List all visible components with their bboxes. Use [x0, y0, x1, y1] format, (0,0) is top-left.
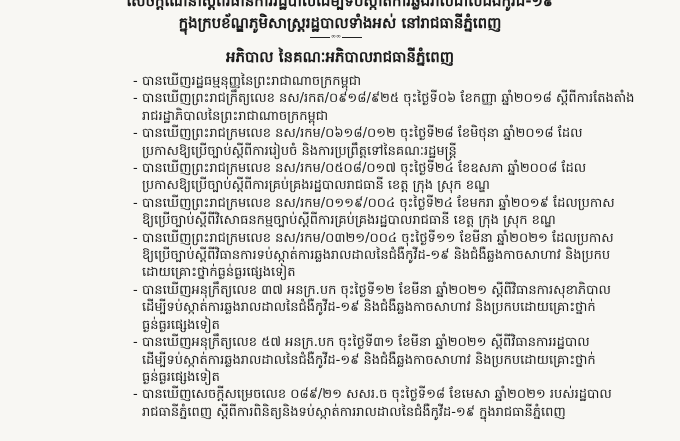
preamble-line: បានឃើញអនុក្រឹត្យលេខ ៣៧ អនក្រ.បក ចុះថ្ងៃទ… [142, 282, 553, 299]
preamble-line: ដើម្បីទប់ស្កាត់ការឆ្លងរាលដាលនៃជំងឺកូវីដ-… [142, 299, 553, 316]
preamble-item: - បានឃើញព្រះរាជក្រមលេខ នស/រកម/០៦១៨/០១២ ច… [133, 125, 553, 160]
preamble-item: - បានឃើញព្រះរាជក្រឹត្យលេខ នស/រកត/០៩១៨/៩២… [133, 90, 553, 125]
preamble-line: រាជរដ្ឋាភិបាលនៃព្រះរាជាណាចក្រកម្ពុជា [142, 108, 553, 125]
preamble-line: ធ្ងន់ធ្ងរផ្សេងទៀត [142, 369, 553, 386]
preamble-line: ដើម្បីទប់ស្កាត់ការឆ្លងរាលដាលនៃជំងឺកូវីដ-… [142, 352, 553, 369]
scanned-document-page: សេចក្តីណែនាំស្តីពីវិធានការរដ្ឋបាលដើម្បីទ… [0, 0, 680, 441]
preamble-list: - បានឃើញរដ្ឋធម្មនុញ្ញនៃព្រះរាជាណាចក្រកម្… [133, 73, 553, 421]
ornament-knot-icon: ∞∞ [330, 34, 342, 40]
preamble-item: - បានឃើញព្រះរាជក្រមលេខ នស/រកម/០៥០៨/០១៧ ច… [133, 160, 553, 195]
preamble-line: ធ្ងន់ធ្ងរផ្សេងទៀត [142, 317, 553, 334]
preamble-item: - បានឃើញរដ្ឋធម្មនុញ្ញនៃព្រះរាជាណាចក្រកម្… [133, 73, 553, 90]
preamble-line: បានឃើញព្រះរាជក្រឹត្យលេខ នស/រកត/០៩១៨/៩២៥ … [142, 90, 553, 107]
preamble-line: ប្រកាសឱ្យប្រើច្បាប់ស្តីពីការគ្រប់គ្រងរដ្… [142, 177, 553, 194]
document-title-line-1-cropped: សេចក្តីណែនាំស្តីពីវិធានការរដ្ឋបាលដើម្បីទ… [100, 0, 580, 11]
preamble-item: - បានឃើញព្រះរាជក្រមលេខ នស/រកម/០៣២១/០០៤ ច… [133, 230, 553, 282]
ornament-right-bar [342, 37, 362, 38]
ornament-left-bar [310, 37, 330, 38]
list-dash: - [133, 125, 138, 142]
preamble-line: បានឃើញអនុក្រឹត្យលេខ ៥៧ អនក្រ.បក ចុះថ្ងៃទ… [142, 334, 553, 351]
list-dash: - [133, 282, 138, 299]
list-dash: - [133, 230, 138, 247]
preamble-line: ប្រកាសឱ្យប្រើច្បាប់ស្តីពីការរៀបចំ និងការ… [142, 143, 553, 160]
preamble-line: បានឃើញព្រះរាជក្រមលេខ នស/រកម/០១១៩/០០៤ ចុះ… [142, 195, 553, 212]
preamble-line: បានឃើញព្រះរាជក្រមលេខ នស/រកម/០៦១៨/០១២ ចុះ… [142, 125, 553, 142]
preamble-line: ដោយគ្រោះថ្នាក់ធ្ងន់ធ្ងរផ្សេងទៀត [142, 264, 553, 281]
preamble-line: បានឃើញព្រះរាជក្រមលេខ នស/រកម/០៣២១/០០៤ ចុះ… [142, 230, 553, 247]
list-dash: - [133, 334, 138, 351]
preamble-item: - បានឃើញអនុក្រឹត្យលេខ ៥៧ អនក្រ.បក ចុះថ្ង… [133, 334, 553, 386]
preamble-item: - បានឃើញសេចក្តីសម្រេចលេខ ០៨៩/២១ សសរ.ច ចុ… [133, 386, 553, 421]
list-dash: - [133, 386, 138, 403]
preamble-line: ឱ្យប្រើច្បាប់ស្តីពីវិសោធនកម្មច្បាប់ស្តីព… [142, 212, 553, 229]
list-dash: - [133, 160, 138, 177]
decorative-divider-ornament: ∞∞ [310, 34, 362, 40]
preamble-line: បានឃើញសេចក្តីសម្រេចលេខ ០៨៩/២១ សសរ.ច ចុះថ… [142, 386, 553, 403]
list-dash: - [133, 90, 138, 107]
preamble-item: - បានឃើញព្រះរាជក្រមលេខ នស/រកម/០១១៩/០០៤ ច… [133, 195, 553, 230]
preamble-line: រាជធានីភ្នំពេញ ស្តីពីការពិនិត្យនិងទប់ស្ក… [142, 404, 553, 421]
preamble-item: - បានឃើញអនុក្រឹត្យលេខ ៣៧ អនក្រ.បក ចុះថ្ង… [133, 282, 553, 334]
authority-heading: អភិបាល នៃគណៈអភិបាលរាជធានីភ្នំពេញ [0, 46, 680, 68]
list-dash: - [133, 73, 138, 90]
preamble-line: ឱ្យប្រើច្បាប់ស្តីពីវិធានការទប់ស្កាត់ការឆ… [142, 247, 553, 264]
document-title-line-2: ក្នុងក្របខ័ណ្ឌភូមិសាស្ត្ររដ្ឋបាលទាំងអស់ … [0, 12, 680, 34]
list-dash: - [133, 195, 138, 212]
preamble-line: បានឃើញព្រះរាជក្រមលេខ នស/រកម/០៥០៨/០១៧ ចុះ… [142, 160, 553, 177]
preamble-line: បានឃើញរដ្ឋធម្មនុញ្ញនៃព្រះរាជាណាចក្រកម្ពុ… [142, 73, 553, 90]
